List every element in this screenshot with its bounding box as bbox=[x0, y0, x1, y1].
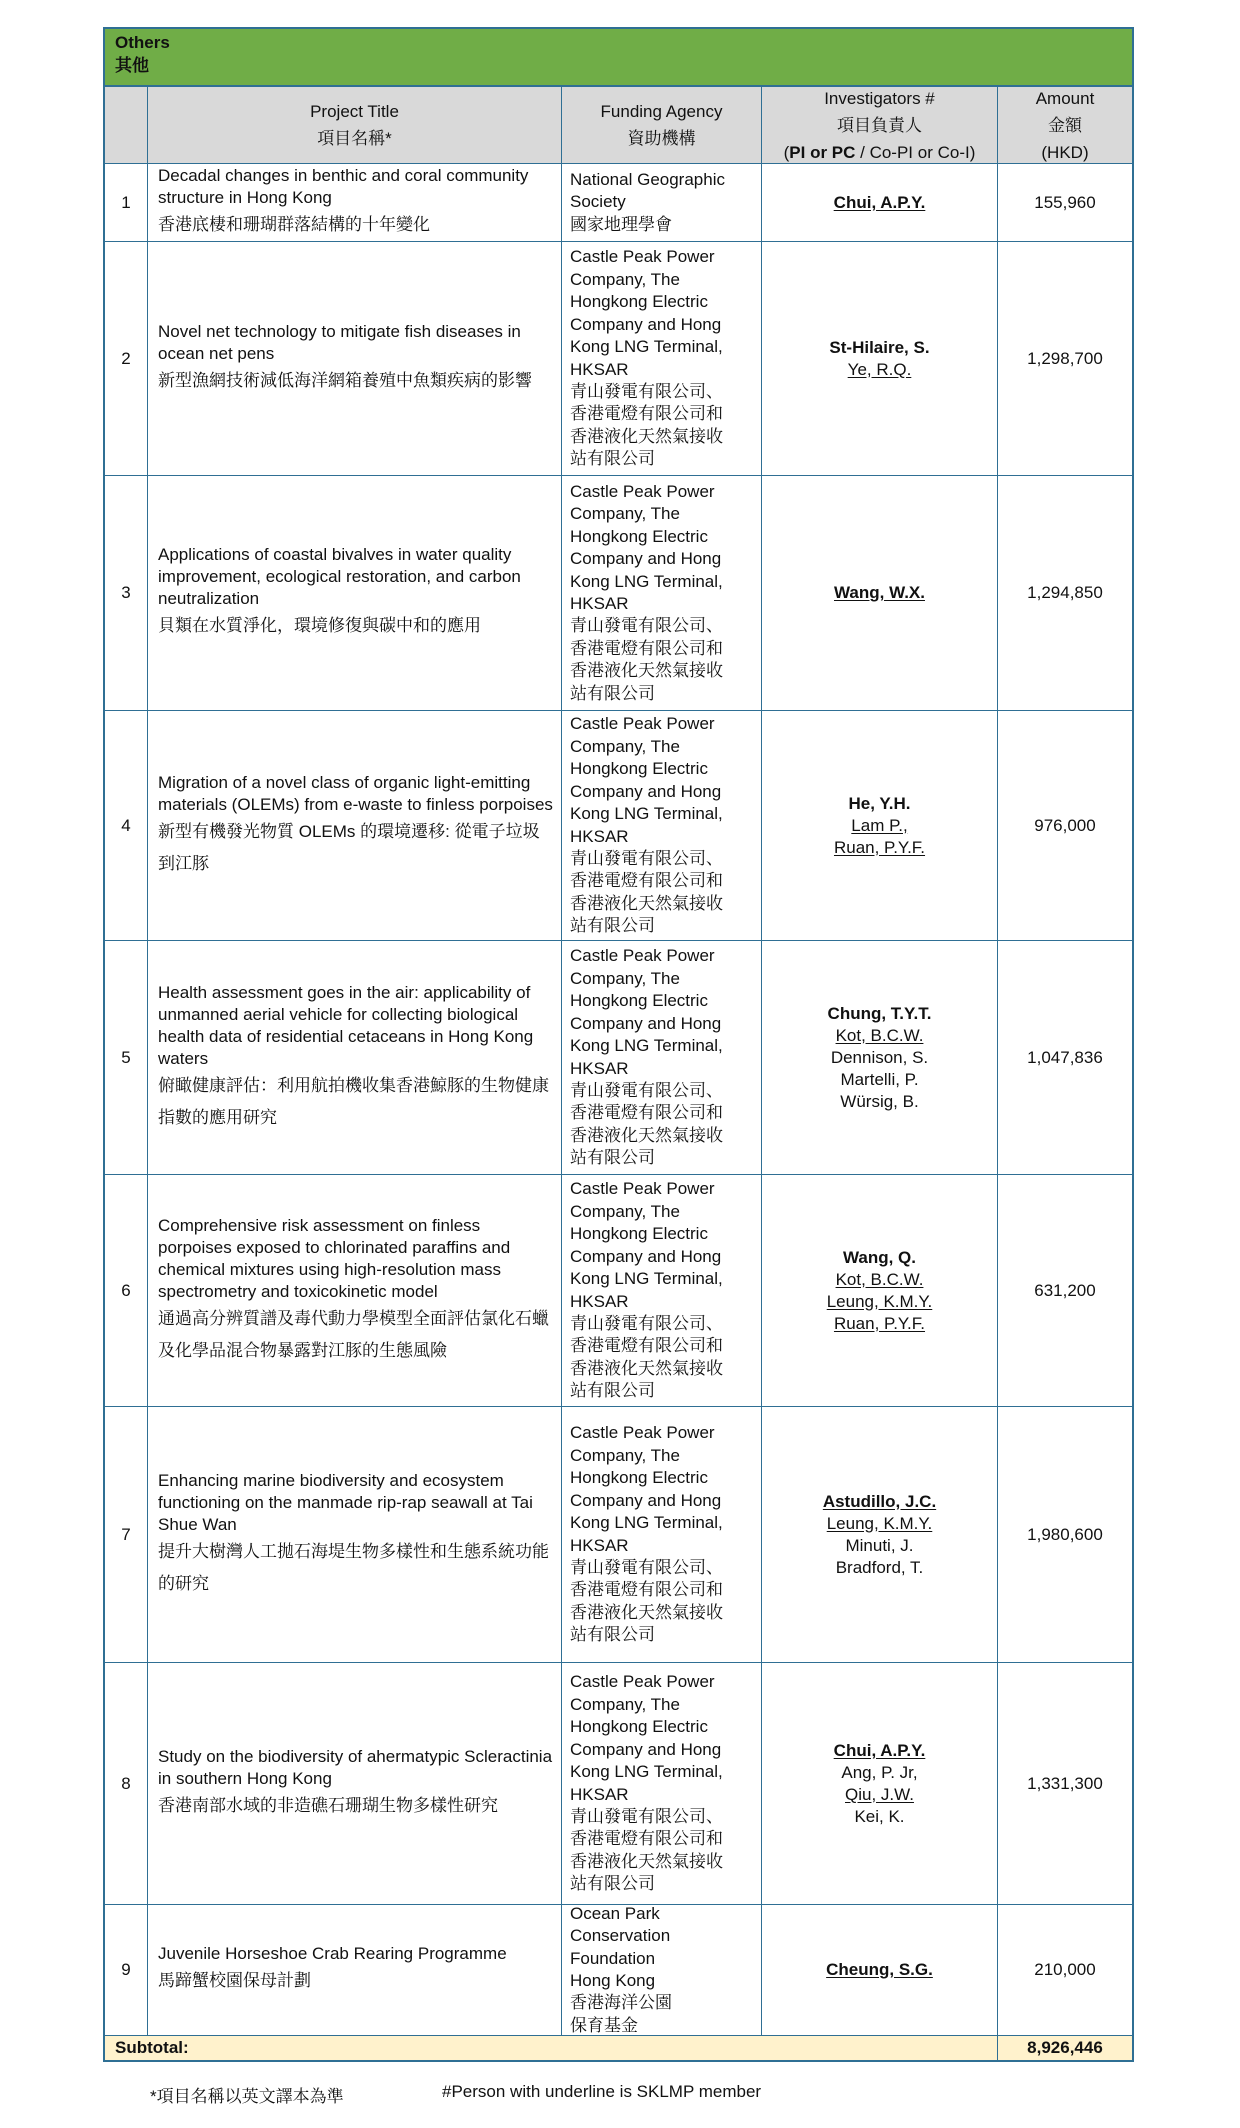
funding-agency-en-line: Castle Peak Power bbox=[570, 1178, 723, 1200]
funding-agency-en-line: Company, The bbox=[570, 1694, 723, 1716]
header-amount-zh: 金額 bbox=[1036, 112, 1095, 139]
investigator-pi: Chui, A.P.Y. bbox=[834, 1741, 926, 1760]
row-number: 7 bbox=[105, 1407, 148, 1663]
investigator-co: Ruan, P.Y.F. bbox=[834, 838, 925, 857]
row-number-text: 9 bbox=[121, 1959, 130, 1981]
header-project-title-en: Project Title bbox=[310, 98, 399, 125]
row-number-text: 1 bbox=[121, 192, 130, 214]
table-grid: Project Title 項目名稱* Funding Agency 資助機構 … bbox=[105, 87, 1132, 2036]
funding-agency-zh-line: 香港電燈有限公司和 bbox=[570, 1102, 723, 1124]
amount-value: 1,294,850 bbox=[1027, 582, 1103, 604]
funding-agency: National GeographicSociety國家地理學會 bbox=[562, 164, 762, 242]
project-title: Enhancing marine biodiversity and ecosys… bbox=[148, 1407, 562, 1663]
funding-agency-zh-line: 香港電燈有限公司和 bbox=[570, 638, 723, 660]
investigators: Chui, A.P.Y. bbox=[762, 164, 998, 242]
funding-agency-zh-line: 青山發電有限公司、 bbox=[570, 1557, 723, 1579]
funding-agency-zh-line: 香港海洋公園 bbox=[570, 1992, 672, 2014]
investigator-co: Dennison, S. bbox=[831, 1048, 928, 1067]
funding-agency-zh-line: 香港電燈有限公司和 bbox=[570, 403, 723, 425]
funding-agency-zh-line: 青山發電有限公司、 bbox=[570, 848, 723, 870]
subtotal-label: Subtotal: bbox=[105, 2036, 998, 2060]
funding-agency: Ocean ParkConservationFoundationHong Kon… bbox=[562, 1905, 762, 2036]
investigator-co: Minuti, J. bbox=[845, 1536, 913, 1555]
amount: 1,331,300 bbox=[998, 1663, 1132, 1905]
row-number: 3 bbox=[105, 476, 148, 711]
subtotal-value: 8,926,446 bbox=[998, 2036, 1132, 2060]
investigators: St-Hilaire, S.Ye, R.Q. bbox=[762, 242, 998, 476]
funding-agency-zh-line: 青山發電有限公司、 bbox=[570, 1080, 723, 1102]
funding-agency-en-line: HKSAR bbox=[570, 359, 723, 381]
amount: 976,000 bbox=[998, 711, 1132, 941]
funding-agency-en-line: Castle Peak Power bbox=[570, 1671, 723, 1693]
header-no bbox=[105, 87, 148, 164]
investigator-pi: Wang, W.X. bbox=[834, 583, 925, 602]
funding-agency-en-line: Castle Peak Power bbox=[570, 481, 723, 503]
header-funding-agency-en: Funding Agency bbox=[601, 98, 723, 125]
funding-agency-en-line: HKSAR bbox=[570, 1784, 723, 1806]
funding-agency-en-line: Company and Hong bbox=[570, 1246, 723, 1268]
funding-agency-zh-line: 香港電燈有限公司和 bbox=[570, 870, 723, 892]
funding-agency-en-line: Foundation bbox=[570, 1948, 672, 1970]
amount-value: 631,200 bbox=[1034, 1280, 1095, 1302]
section-title-zh: 其他 bbox=[115, 54, 1132, 77]
row-number-text: 2 bbox=[121, 348, 130, 370]
row-number-text: 4 bbox=[121, 815, 130, 837]
funding-agency-en-line: Company and Hong bbox=[570, 314, 723, 336]
row-number: 8 bbox=[105, 1663, 148, 1905]
project-title: Decadal changes in benthic and coral com… bbox=[148, 164, 562, 242]
investigator-co: Qiu, J.W. bbox=[845, 1785, 914, 1804]
amount: 1,047,836 bbox=[998, 941, 1132, 1175]
investigator-pi: Cheung, S.G. bbox=[826, 1960, 933, 1979]
funding-agency-zh-line: 香港電燈有限公司和 bbox=[570, 1335, 723, 1357]
funding-agency-zh-line: 香港液化天然氣接收 bbox=[570, 1851, 723, 1873]
funding-agency-en-line: Company and Hong bbox=[570, 1490, 723, 1512]
project-title-zh: 香港底棲和珊瑚群落結構的十年變化 bbox=[158, 209, 555, 241]
funding-agency-zh-line: 保育基金 bbox=[570, 2015, 672, 2037]
investigators: Chui, A.P.Y.Ang, P. Jr,Qiu, J.W.Kei, K. bbox=[762, 1663, 998, 1905]
investigators: Astudillo, J.C.Leung, K.M.Y.Minuti, J.Br… bbox=[762, 1407, 998, 1663]
funding-agency-zh-line: 香港液化天然氣接收 bbox=[570, 1358, 723, 1380]
funding-agency-zh-line: 香港液化天然氣接收 bbox=[570, 660, 723, 682]
funding-agency-en-line: Hongkong Electric bbox=[570, 990, 723, 1012]
investigator-co: Kot, B.C.W. bbox=[836, 1270, 924, 1289]
investigator-co: Martelli, P. bbox=[840, 1070, 918, 1089]
funding-agency-en-line: Hongkong Electric bbox=[570, 1223, 723, 1245]
header-amount-en: Amount bbox=[1036, 85, 1095, 112]
funding-agency: Castle Peak PowerCompany, TheHongkong El… bbox=[562, 711, 762, 941]
row-number: 2 bbox=[105, 242, 148, 476]
funding-agency-en-line: Company, The bbox=[570, 1445, 723, 1467]
funding-agency-en-line: Hongkong Electric bbox=[570, 526, 723, 548]
funding-agency-en-line: National Geographic bbox=[570, 169, 725, 191]
funding-agency-zh-line: 香港電燈有限公司和 bbox=[570, 1579, 723, 1601]
amount: 1,294,850 bbox=[998, 476, 1132, 711]
subtotal-row: Subtotal: 8,926,446 bbox=[105, 2036, 1132, 2060]
funding-agency-zh-line: 站有限公司 bbox=[570, 1147, 723, 1169]
row-number: 9 bbox=[105, 1905, 148, 2036]
header-investigators: Investigators # 項目負責人 (PI or PC / Co-PI … bbox=[762, 87, 998, 164]
funding-agency-zh-line: 站有限公司 bbox=[570, 448, 723, 470]
funding-agency-en-line: Company, The bbox=[570, 1201, 723, 1223]
amount: 631,200 bbox=[998, 1175, 1132, 1407]
funding-agency-en-line: Kong LNG Terminal, bbox=[570, 1761, 723, 1783]
project-title-en: Juvenile Horseshoe Crab Rearing Programm… bbox=[158, 1943, 507, 1965]
project-title-zh: 貝類在水質淨化，環境修復與碳中和的應用 bbox=[158, 610, 555, 642]
investigators: Chung, T.Y.T.Kot, B.C.W.Dennison, S.Mart… bbox=[762, 941, 998, 1175]
row-number-text: 5 bbox=[121, 1047, 130, 1069]
funding-agency-zh-line: 青山發電有限公司、 bbox=[570, 1313, 723, 1335]
amount: 1,298,700 bbox=[998, 242, 1132, 476]
funding-agency-en-line: HKSAR bbox=[570, 1535, 723, 1557]
row-number: 5 bbox=[105, 941, 148, 1175]
project-title-en: Study on the biodiversity of ahermatypic… bbox=[158, 1746, 555, 1790]
row-number-text: 3 bbox=[121, 582, 130, 604]
project-title: Migration of a novel class of organic li… bbox=[148, 711, 562, 941]
footnote-asterisk: *項目名稱以英文譯本為準 bbox=[150, 2082, 344, 2107]
funding-agency-en-line: HKSAR bbox=[570, 593, 723, 615]
funding-agency-en-line: Company and Hong bbox=[570, 1739, 723, 1761]
funding-agency-en-line: Society bbox=[570, 191, 725, 213]
funding-agency-en-line: Company and Hong bbox=[570, 548, 723, 570]
funding-agency-zh-line: 站有限公司 bbox=[570, 915, 723, 937]
funding-agency-en-line: Hongkong Electric bbox=[570, 1716, 723, 1738]
funding-agency-en-line: Kong LNG Terminal, bbox=[570, 336, 723, 358]
row-number: 6 bbox=[105, 1175, 148, 1407]
investigator-co: Kei, K. bbox=[854, 1807, 904, 1826]
funding-agency: Castle Peak PowerCompany, TheHongkong El… bbox=[562, 1663, 762, 1905]
project-title-en: Migration of a novel class of organic li… bbox=[158, 772, 555, 816]
investigator-pi: St-Hilaire, S. bbox=[829, 338, 929, 357]
funding-agency-zh-line: 站有限公司 bbox=[570, 1624, 723, 1646]
row-number: 1 bbox=[105, 164, 148, 242]
funding-agency: Castle Peak PowerCompany, TheHongkong El… bbox=[562, 1175, 762, 1407]
project-title: Study on the biodiversity of ahermatypic… bbox=[148, 1663, 562, 1905]
investigators: Wang, W.X. bbox=[762, 476, 998, 711]
investigator-pi: He, Y.H. bbox=[848, 794, 910, 813]
funding-agency-en-line: Company, The bbox=[570, 968, 723, 990]
investigator-pi: Chung, T.Y.T. bbox=[828, 1004, 932, 1023]
funding-agency-zh-line: 香港電燈有限公司和 bbox=[570, 1828, 723, 1850]
funding-agency-en-line: Company and Hong bbox=[570, 1013, 723, 1035]
funding-agency-en-line: Company, The bbox=[570, 269, 723, 291]
header-amount-unit: (HKD) bbox=[1036, 139, 1095, 166]
investigators: Cheung, S.G. bbox=[762, 1905, 998, 2036]
funding-agency: Castle Peak PowerCompany, TheHongkong El… bbox=[562, 476, 762, 711]
funding-agency-en-line: Company, The bbox=[570, 503, 723, 525]
investigator-co: Leung, K.M.Y. bbox=[827, 1514, 933, 1533]
funding-agency-en-line: Hong Kong bbox=[570, 1970, 672, 1992]
investigator-pi: Astudillo, J.C. bbox=[823, 1492, 936, 1511]
funding-agency-en-line: Castle Peak Power bbox=[570, 945, 723, 967]
project-title: Comprehensive risk assessment on finless… bbox=[148, 1175, 562, 1407]
investigator-co: Kot, B.C.W. bbox=[836, 1026, 924, 1045]
funding-agency-zh-line: 香港液化天然氣接收 bbox=[570, 1602, 723, 1624]
funding-agency-en-line: Castle Peak Power bbox=[570, 1422, 723, 1444]
header-amount: Amount 金額 (HKD) bbox=[998, 87, 1132, 164]
investigator-co: Würsig, B. bbox=[840, 1092, 918, 1111]
funding-agency-en-line: Company, The bbox=[570, 736, 723, 758]
amount: 1,980,600 bbox=[998, 1407, 1132, 1663]
amount-value: 210,000 bbox=[1034, 1959, 1095, 1981]
amount-value: 1,331,300 bbox=[1027, 1773, 1103, 1795]
project-title: Juvenile Horseshoe Crab Rearing Programm… bbox=[148, 1905, 562, 2036]
investigators: He, Y.H.Lam P.,Ruan, P.Y.F. bbox=[762, 711, 998, 941]
section-title-en: Others bbox=[115, 31, 1132, 54]
funding-agency-en-line: HKSAR bbox=[570, 826, 723, 848]
project-title-en: Novel net technology to mitigate fish di… bbox=[158, 321, 555, 365]
project-title-en: Applications of coastal bivalves in wate… bbox=[158, 544, 555, 610]
funding-agency: Castle Peak PowerCompany, TheHongkong El… bbox=[562, 242, 762, 476]
project-title-en: Decadal changes in benthic and coral com… bbox=[158, 165, 555, 209]
header-investigators-zh: 項目負責人 bbox=[784, 112, 976, 139]
row-number: 4 bbox=[105, 711, 148, 941]
investigator-pi: Wang, Q. bbox=[843, 1248, 916, 1267]
funding-agency-en-line: Kong LNG Terminal, bbox=[570, 1268, 723, 1290]
project-title: Health assessment goes in the air: appli… bbox=[148, 941, 562, 1175]
project-title-zh: 香港南部水域的非造礁石珊瑚生物多樣性研究 bbox=[158, 1790, 555, 1822]
row-number-text: 7 bbox=[121, 1524, 130, 1546]
project-title-en: Enhancing marine biodiversity and ecosys… bbox=[158, 1470, 555, 1536]
funding-agency-zh-line: 香港液化天然氣接收 bbox=[570, 426, 723, 448]
investigator-co: Lam P., bbox=[851, 816, 907, 835]
investigator-co: Ye, R.Q. bbox=[848, 360, 912, 379]
funding-agency-en-line: Company and Hong bbox=[570, 781, 723, 803]
amount-value: 976,000 bbox=[1034, 815, 1095, 837]
funding-agency-en-line: Castle Peak Power bbox=[570, 713, 723, 735]
funding-agency-en-line: Hongkong Electric bbox=[570, 1467, 723, 1489]
amount-value: 1,298,700 bbox=[1027, 348, 1103, 370]
investigator-co: Ruan, P.Y.F. bbox=[834, 1314, 925, 1333]
header-project-title-zh: 項目名稱* bbox=[310, 125, 399, 152]
row-number-text: 8 bbox=[121, 1773, 130, 1795]
investigator-co: Ang, P. Jr, bbox=[841, 1763, 917, 1782]
investigator-pi: Chui, A.P.Y. bbox=[834, 193, 926, 212]
project-title-zh: 新型漁網技術減低海洋網箱養殖中魚類疾病的影響 bbox=[158, 365, 555, 397]
investigators: Wang, Q.Kot, B.C.W.Leung, K.M.Y.Ruan, P.… bbox=[762, 1175, 998, 1407]
header-funding-agency: Funding Agency 資助機構 bbox=[562, 87, 762, 164]
header-investigators-en: Investigators # bbox=[784, 85, 976, 112]
footnote-hash: #Person with underline is SKLMP member bbox=[442, 2082, 761, 2102]
funding-agency-en-line: HKSAR bbox=[570, 1291, 723, 1313]
funding-agency: Castle Peak PowerCompany, TheHongkong El… bbox=[562, 941, 762, 1175]
investigator-co: Leung, K.M.Y. bbox=[827, 1292, 933, 1311]
funding-agency-zh-line: 站有限公司 bbox=[570, 1873, 723, 1895]
funding-agency-en-line: Kong LNG Terminal, bbox=[570, 1035, 723, 1057]
funding-agency-zh-line: 青山發電有限公司、 bbox=[570, 1806, 723, 1828]
funding-agency-en-line: Conservation bbox=[570, 1925, 672, 1947]
funding-agency-zh-line: 青山發電有限公司、 bbox=[570, 381, 723, 403]
amount: 210,000 bbox=[998, 1905, 1132, 2036]
funding-agency-en-line: Kong LNG Terminal, bbox=[570, 571, 723, 593]
header-project-title: Project Title 項目名稱* bbox=[148, 87, 562, 164]
project-title-zh: 通過高分辨質譜及毒代動力學模型全面評估氯化石蠟及化學品混合物暴露對江豚的生態風險 bbox=[158, 1303, 555, 1367]
amount-value: 155,960 bbox=[1034, 192, 1095, 214]
project-title-en: Comprehensive risk assessment on finless… bbox=[158, 1215, 555, 1303]
project-title-zh: 提升大樹灣人工拋石海堤生物多樣性和生態系統功能的研究 bbox=[158, 1536, 555, 1600]
funding-agency-zh-line: 香港液化天然氣接收 bbox=[570, 1125, 723, 1147]
project-title: Novel net technology to mitigate fish di… bbox=[148, 242, 562, 476]
funding-agency-en-line: Kong LNG Terminal, bbox=[570, 1512, 723, 1534]
funding-agency-zh-line: 香港液化天然氣接收 bbox=[570, 893, 723, 915]
project-title-zh: 新型有機發光物質 OLEMs 的環境遷移: 從電子垃圾到江豚 bbox=[158, 816, 555, 880]
amount-value: 1,047,836 bbox=[1027, 1047, 1103, 1069]
row-number-text: 6 bbox=[121, 1280, 130, 1302]
section-header: Others 其他 bbox=[105, 29, 1132, 87]
funding-agency-en-line: Hongkong Electric bbox=[570, 291, 723, 313]
funding-agency-en-line: Hongkong Electric bbox=[570, 758, 723, 780]
project-title-zh: 俯瞰健康評估：利用航拍機收集香港鯨豚的生物健康指數的應用研究 bbox=[158, 1070, 555, 1134]
funding-agency-zh-line: 青山發電有限公司、 bbox=[570, 615, 723, 637]
project-title-en: Health assessment goes in the air: appli… bbox=[158, 982, 555, 1070]
funding-agency-zh-line: 站有限公司 bbox=[570, 1380, 723, 1402]
funding-agency: Castle Peak PowerCompany, TheHongkong El… bbox=[562, 1407, 762, 1663]
funding-agency-en-line: Ocean Park bbox=[570, 1903, 672, 1925]
amount: 155,960 bbox=[998, 164, 1132, 242]
project-title-zh: 馬蹄蟹校園保母計劃 bbox=[158, 1965, 507, 1997]
amount-value: 1,980,600 bbox=[1027, 1524, 1103, 1546]
investigator-co: Bradford, T. bbox=[836, 1558, 924, 1577]
header-investigators-note: (PI or PC / Co-PI or Co-I) bbox=[784, 139, 976, 166]
funding-agency-zh-line: 國家地理學會 bbox=[570, 214, 725, 236]
header-funding-agency-zh: 資助機構 bbox=[601, 125, 723, 152]
funding-agency-en-line: HKSAR bbox=[570, 1058, 723, 1080]
project-title: Applications of coastal bivalves in wate… bbox=[148, 476, 562, 711]
funding-agency-zh-line: 站有限公司 bbox=[570, 683, 723, 705]
funding-agency-en-line: Castle Peak Power bbox=[570, 246, 723, 268]
funding-agency-en-line: Kong LNG Terminal, bbox=[570, 803, 723, 825]
funding-table: Others 其他 Project Title 項目名稱* Funding Ag… bbox=[103, 27, 1134, 2062]
